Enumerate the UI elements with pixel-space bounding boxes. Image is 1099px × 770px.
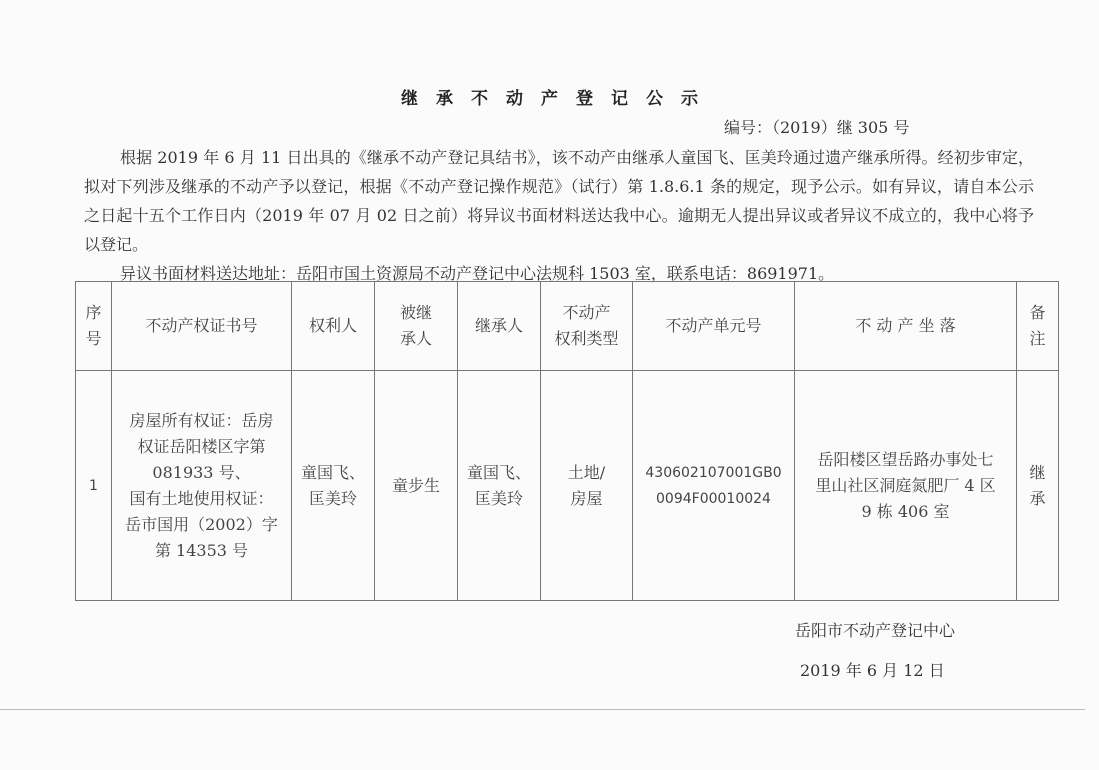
inheritance-table: 序号 不动产权证书号 权利人 被继承人 继承人 不动产权利类型 不动产单元号 不… — [75, 281, 1059, 601]
header-location: 不 动 产 坐 落 — [795, 282, 1017, 371]
table-header-row: 序号 不动产权证书号 权利人 被继承人 继承人 不动产权利类型 不动产单元号 不… — [76, 282, 1059, 371]
cell-heir: 童国飞、匡美玲 — [458, 371, 541, 601]
header-heir: 继承人 — [458, 282, 541, 371]
document-number: 编号：（2019）继 305 号 — [724, 115, 909, 138]
issue-date: 2019 年 6 月 12 日 — [800, 658, 945, 681]
page-fold-line — [0, 709, 1085, 710]
table-row: 1 房屋所有权证：岳房 权证岳阳楼区字第 081933 号、 国有土地使用权证：… — [76, 371, 1059, 601]
header-cert-no: 不动产权证书号 — [112, 282, 292, 371]
cell-right-holder: 童国飞、匡美玲 — [292, 371, 375, 601]
header-seq: 序号 — [76, 282, 112, 371]
header-remark: 备注 — [1017, 282, 1059, 371]
cell-seq: 1 — [76, 371, 112, 601]
issuer-signature: 岳阳市不动产登记中心 — [795, 618, 955, 641]
document-title: 继承不动产登记公示 — [0, 84, 1099, 109]
cell-location: 岳阳楼区望岳路办事处七 里山社区洞庭氮肥厂 4 区 9 栋 406 室 — [795, 371, 1017, 601]
cell-cert-no: 房屋所有权证：岳房 权证岳阳楼区字第 081933 号、 国有土地使用权证： 岳… — [112, 371, 292, 601]
header-right-type: 不动产权利类型 — [541, 282, 633, 371]
cell-unit-no: 430602107001GB00094F00010024 — [633, 371, 795, 601]
header-right-holder: 权利人 — [292, 282, 375, 371]
cell-right-type: 土地/房屋 — [541, 371, 633, 601]
cell-decedent: 童步生 — [375, 371, 458, 601]
notice-paragraph-main: 根据 2019 年 6 月 11 日出具的《继承不动产登记具结书》，该不动产由继… — [84, 143, 1034, 259]
notice-body: 根据 2019 年 6 月 11 日出具的《继承不动产登记具结书》，该不动产由继… — [84, 143, 1034, 288]
cell-remark: 继承 — [1017, 371, 1059, 601]
header-unit-no: 不动产单元号 — [633, 282, 795, 371]
header-decedent: 被继承人 — [375, 282, 458, 371]
